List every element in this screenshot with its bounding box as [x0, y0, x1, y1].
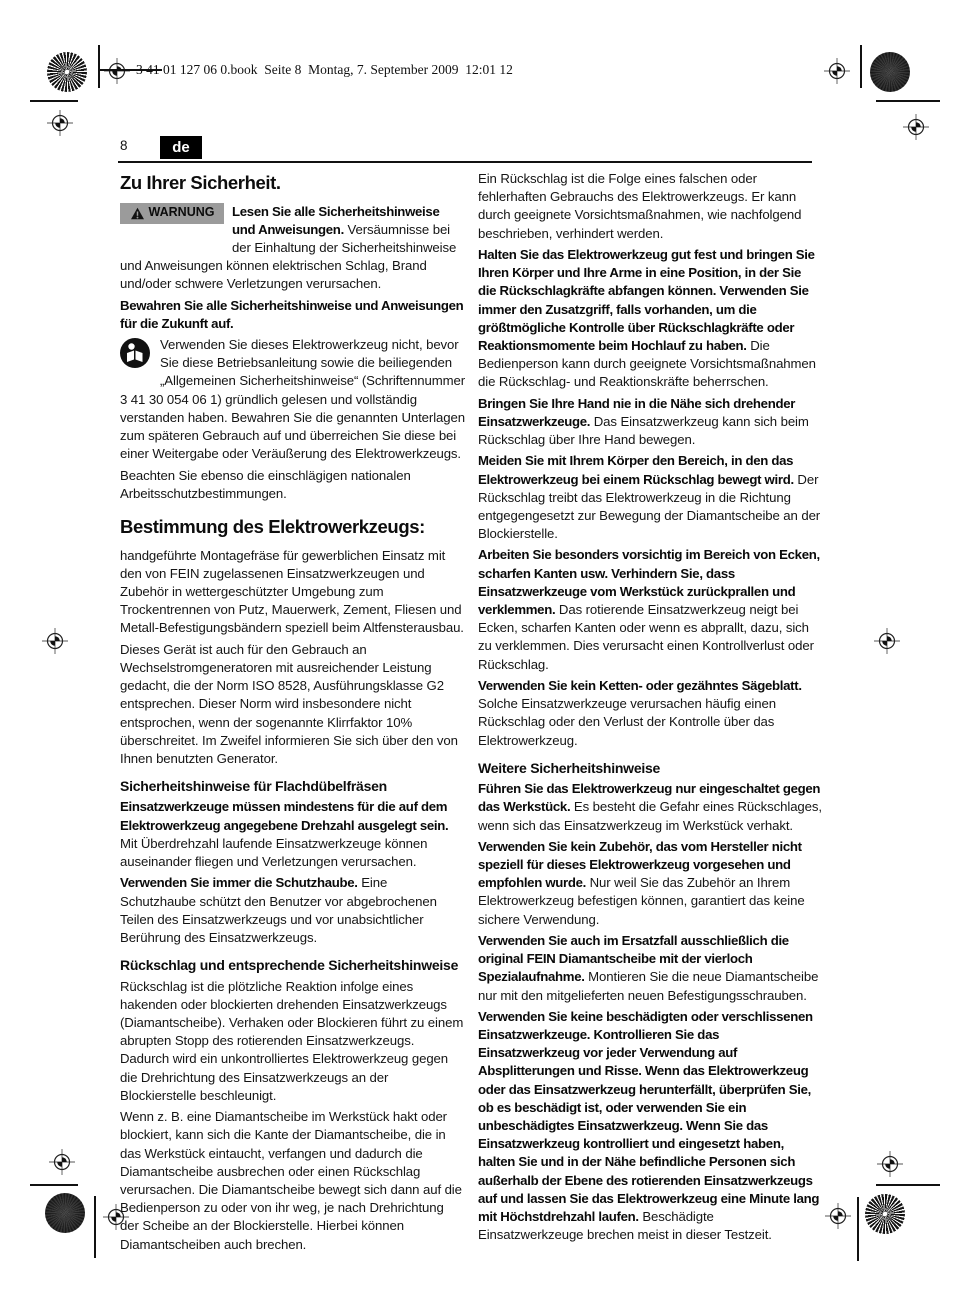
safety-paragraph: Verwenden Sie keine beschädigten oder ve…	[478, 1008, 822, 1245]
subheading-kickback: Rückschlag und entsprechende Sicherheits…	[120, 956, 466, 975]
crop-line	[30, 100, 78, 102]
kickback-paragraph: Rückschlag ist die plötzliche Reaktion i…	[120, 978, 466, 1106]
warning-keep-paragraph: Bewahren Sie alle Sicherheitshinweise un…	[120, 297, 466, 333]
bold-lead: Meiden Sie mit Ihrem Körper den Bereich,…	[478, 453, 794, 486]
registration-crosshair-icon	[824, 58, 850, 84]
registration-crosshair-icon	[874, 628, 900, 654]
warning-triangle-icon	[130, 207, 145, 220]
bold-lead: Bewahren Sie alle Sicherheitshinweise un…	[120, 298, 463, 331]
crop-line	[30, 1184, 78, 1186]
bold-lead: Verwenden Sie immer die Schutzhaube.	[120, 875, 358, 890]
bold-lead: Verwenden Sie keine beschädigten oder ve…	[478, 1009, 819, 1224]
starburst-mark-icon	[47, 52, 87, 92]
crop-line	[94, 1196, 96, 1258]
header-rule	[118, 161, 812, 163]
registration-crosshair-icon	[47, 110, 73, 136]
safety-paragraph: Führen Sie das Elektrowerkzeug nur einge…	[478, 780, 822, 835]
page-number: 8	[120, 138, 128, 153]
right-column: Ein Rückschlag ist die Folge eines falsc…	[478, 170, 822, 1248]
safety-paragraph: Verwenden Sie immer die Schutzhaube. Ein…	[120, 874, 466, 947]
registration-crosshair-icon	[877, 1151, 903, 1177]
crop-line	[876, 100, 940, 102]
crop-line	[98, 45, 100, 88]
manual-page: 3 41 01 127 06 0.book Seite 8 Montag, 7.…	[0, 0, 954, 1291]
starburst-mark-icon	[865, 1194, 905, 1234]
manual-paragraph: Verwenden Sie dieses Elektrowerkzeug nic…	[120, 336, 466, 464]
bold-lead: Einsatzwerkzeuge müssen mindestens für d…	[120, 799, 448, 832]
crop-line	[857, 1197, 859, 1261]
registration-crosshair-icon	[104, 58, 130, 84]
subheading-more-safety: Weitere Sicherheitshinweise	[478, 759, 822, 778]
purpose-paragraph: handgeführte Montagefräse für gewerblich…	[120, 547, 466, 638]
read-manual-icon	[120, 338, 150, 368]
safety-paragraph: Meiden Sie mit Ihrem Körper den Bereich,…	[478, 452, 822, 543]
warning-box: WARNUNG	[120, 203, 224, 224]
safety-paragraph: Verwenden Sie kein Zubehör, das vom Hers…	[478, 838, 822, 929]
registration-crosshair-icon	[42, 628, 68, 654]
left-column: Zu Ihrer Sicherheit. WARNUNG Lesen Sie a…	[120, 170, 466, 1257]
national-rules-paragraph: Beachten Sie ebenso die einschlägigen na…	[120, 467, 466, 503]
language-badge: de	[160, 136, 202, 159]
crop-line	[860, 45, 862, 88]
read-manual-float	[120, 336, 160, 390]
section-title-purpose: Bestimmung des Elektrowerkzeugs:	[120, 514, 466, 540]
warning-badge-label: WARNUNG	[149, 204, 215, 221]
crop-line	[876, 1184, 940, 1186]
kickback-paragraph: Wenn z. B. eine Diamantscheibe im Werkst…	[120, 1108, 466, 1254]
warning-paragraph: WARNUNG Lesen Sie alle Sicherheitshinwei…	[120, 203, 466, 294]
registration-crosshair-icon	[825, 1203, 851, 1229]
section-title-safety: Zu Ihrer Sicherheit.	[120, 170, 466, 196]
generator-paragraph: Dieses Gerät ist auch für den Gebrauch a…	[120, 641, 466, 769]
registration-crosshair-icon	[903, 114, 929, 140]
safety-paragraph: Verwenden Sie auch im Ersatzfall ausschl…	[478, 932, 822, 1005]
safety-paragraph: Halten Sie das Elektrowerkzeug gut fest …	[478, 246, 822, 392]
kickback-paragraph: Ein Rückschlag ist die Folge eines falsc…	[478, 170, 822, 243]
safety-paragraph: Bringen Sie Ihre Hand nie in die Nähe si…	[478, 395, 822, 450]
color-patch-icon	[870, 52, 910, 92]
print-file-line: 3 41 01 127 06 0.book Seite 8 Montag, 7.…	[136, 62, 513, 78]
safety-paragraph: Einsatzwerkzeuge müssen mindestens für d…	[120, 798, 466, 871]
subheading-flachduebel: Sicherheitshinweise für Flachdübelfräsen	[120, 777, 466, 796]
bold-lead: Verwenden Sie kein Ketten- oder gezähnte…	[478, 678, 802, 693]
warning-box-float: WARNUNG	[120, 203, 232, 255]
safety-paragraph: Arbeiten Sie besonders vorsichtig im Ber…	[478, 546, 822, 674]
safety-paragraph: Verwenden Sie kein Ketten- oder gezähnte…	[478, 677, 822, 750]
registration-crosshair-icon	[49, 1149, 75, 1175]
color-patch-icon	[45, 1193, 85, 1233]
